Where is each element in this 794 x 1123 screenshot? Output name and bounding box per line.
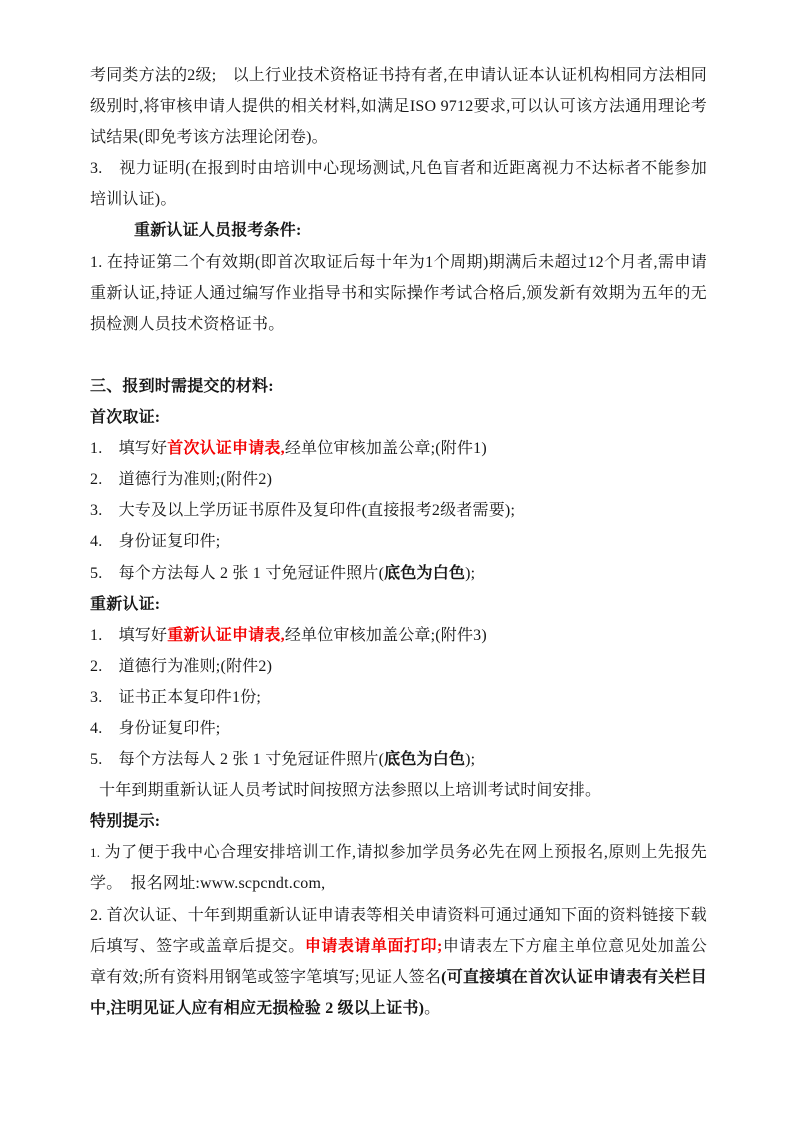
blank-line: [90, 340, 707, 371]
heading-section-three: 三、报到时需提交的材料:: [90, 371, 707, 402]
item-vision-proof: 3. 视力证明(在报到时由培训中心现场测试,凡色盲者和近距离视力不达标者不能参加…: [90, 153, 707, 215]
item-notice-2: 2. 首次认证、十年到期重新认证申请表等相关申请资料可通过通知下面的资料链接下载…: [90, 900, 707, 1024]
item-recert-2-run-0: 2. 道德行为准则;(附件2): [90, 658, 272, 675]
item-notice-1: 1. 为了便于我中心合理安排培训工作,请拟参加学员务必先在网上预报名,原则上先报…: [90, 837, 707, 899]
item-first-cert-4: 4. 身份证复印件;: [90, 526, 707, 557]
heading-recertification-run-0: 重新认证:: [90, 596, 160, 613]
heading-special-notice: 特别提示:: [90, 806, 707, 837]
single-side-print-highlight: 申请表请单面打印;: [305, 938, 443, 955]
para-ten-year-exam-schedule: 十年到期重新认证人员考试时间按照方法参照以上培训考试时间安排。: [90, 775, 707, 806]
heading-recert-conditions: 重新认证人员报考条件:: [90, 215, 707, 246]
item-recert-1: 1. 填写好重新认证申请表,经单位审核加盖公章;(附件3): [90, 620, 707, 651]
item-recert-5-run-2: );: [465, 751, 475, 768]
heading-special-notice-run-0: 特别提示:: [90, 813, 160, 830]
para-recert-condition-1-run-0: 1. 在持证第二个有效期(即首次取证后每十年为1个周期)期满后未超过12个月者,…: [90, 254, 707, 333]
first-cert-form-highlight: 首次认证申请表,: [167, 440, 285, 457]
heading-recertification: 重新认证:: [90, 589, 707, 620]
item-recert-5: 5. 每个方法每人 2 张 1 寸免冠证件照片(底色为白色);: [90, 744, 707, 775]
item-recert-2: 2. 道德行为准则;(附件2): [90, 651, 707, 682]
white-background-note: 底色为白色: [384, 751, 465, 768]
document-content: 考同类方法的2级; 以上行业技术资格证书持有者,在申请认证本认证机构相同方法相同…: [0, 0, 794, 1123]
item-recert-3-run-0: 3. 证书正本复印件1份;: [90, 689, 261, 706]
heading-recert-conditions-run-0: 重新认证人员报考条件:: [134, 222, 302, 239]
para-ten-year-exam-schedule-run-0: 十年到期重新认证人员考试时间按照方法参照以上培训考试时间安排。: [99, 782, 601, 799]
item-first-cert-2-run-0: 2. 道德行为准则;(附件2): [90, 471, 272, 488]
recert-form-highlight: 重新认证申请表,: [167, 627, 285, 644]
item-first-cert-2: 2. 道德行为准则;(附件2): [90, 464, 707, 495]
white-background-note: 底色为白色: [384, 565, 465, 582]
para-industry-cert-recognition: 考同类方法的2级; 以上行业技术资格证书持有者,在申请认证本认证机构相同方法相同…: [90, 60, 707, 153]
item-first-cert-4-run-0: 4. 身份证复印件;: [90, 533, 220, 550]
item-vision-proof-run-0: 3. 视力证明(在报到时由培训中心现场测试,凡色盲者和近距离视力不达标者不能参加…: [90, 160, 707, 208]
item-first-cert-1-run-2: 经单位审核加盖公章;(附件1): [285, 440, 487, 457]
para-recert-condition-1: 1. 在持证第二个有效期(即首次取证后每十年为1个周期)期满后未超过12个月者,…: [90, 247, 707, 340]
heading-first-certification-run-0: 首次取证:: [90, 409, 160, 426]
para-industry-cert-recognition-run-0: 考同类方法的2级; 以上行业技术资格证书持有者,在申请认证本认证机构相同方法相同…: [90, 67, 707, 146]
item-recert-4: 4. 身份证复印件;: [90, 713, 707, 744]
item-recert-1-run-2: 经单位审核加盖公章;(附件3): [285, 627, 487, 644]
document-page: 考同类方法的2级; 以上行业技术资格证书持有者,在申请认证本认证机构相同方法相同…: [0, 0, 794, 1123]
heading-section-three-run-0: 三、报到时需提交的材料:: [90, 378, 274, 395]
item-first-cert-5-run-0: 5. 每个方法每人 2 张 1 寸免冠证件照片(: [90, 565, 384, 582]
item-first-cert-5-run-2: );: [465, 565, 475, 582]
signup-url: www.scpcndt.com,: [200, 875, 325, 892]
heading-first-certification: 首次取证:: [90, 402, 707, 433]
item-first-cert-3: 3. 大专及以上学历证书原件及复印件(直接报考2级者需要);: [90, 495, 707, 526]
item-recert-1-run-0: 1. 填写好: [90, 627, 167, 644]
item-first-cert-3-run-0: 3. 大专及以上学历证书原件及复印件(直接报考2级者需要);: [90, 502, 515, 519]
item-first-cert-1-run-0: 1. 填写好: [90, 440, 167, 457]
item-recert-3: 3. 证书正本复印件1份;: [90, 682, 707, 713]
item-notice-2-run-4: 。: [424, 1000, 440, 1017]
item-recert-5-run-0: 5. 每个方法每人 2 张 1 寸免冠证件照片(: [90, 751, 384, 768]
item-first-cert-5: 5. 每个方法每人 2 张 1 寸免冠证件照片(底色为白色);: [90, 558, 707, 589]
item-notice-1-run-1: 为了便于我中心合理安排培训工作,请拟参加学员务必先在网上预报名,原则上先报先学。…: [90, 844, 707, 892]
item-notice-1-run-0: 1.: [90, 845, 100, 860]
item-first-cert-1: 1. 填写好首次认证申请表,经单位审核加盖公章;(附件1): [90, 433, 707, 464]
item-recert-4-run-0: 4. 身份证复印件;: [90, 720, 220, 737]
